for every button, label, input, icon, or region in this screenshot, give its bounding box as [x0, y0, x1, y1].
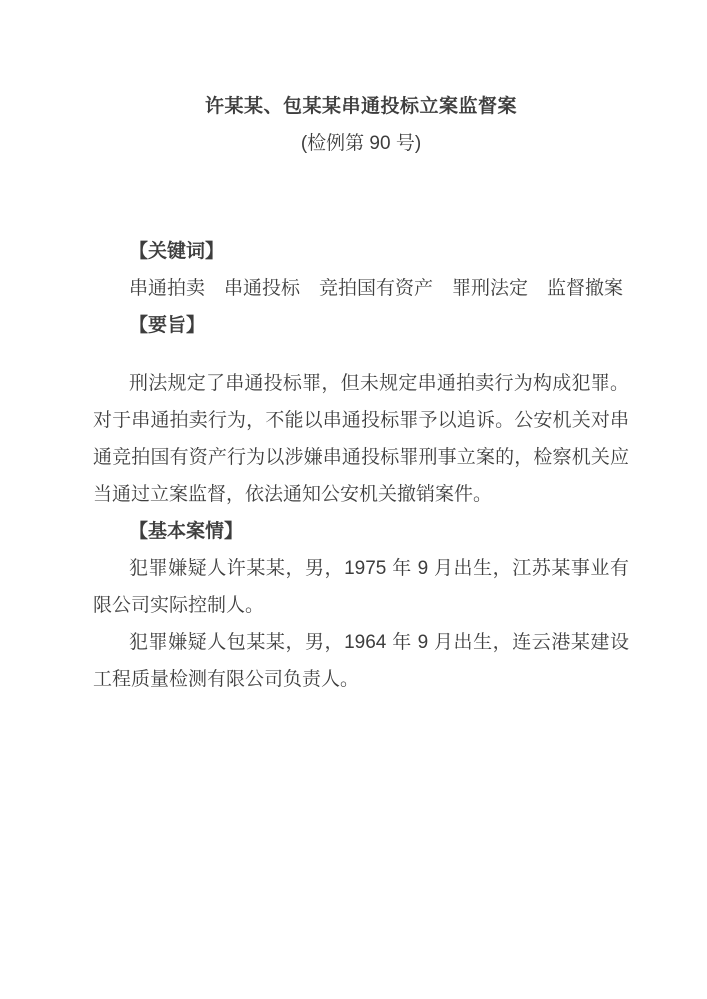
section-heading-gist: 【要旨】 [93, 307, 629, 344]
section-keywords: 【关键词】 串通拍卖 串通投标 竞拍国有资产 罪刑法定 监督撤案 [93, 233, 629, 307]
gist-paragraph: 刑法规定了串通投标罪，但未规定串通拍卖行为构成犯罪。对于串通拍卖行为，不能以串通… [93, 365, 629, 513]
section-heading-keywords: 【关键词】 [93, 233, 629, 270]
basic-facts-paragraph-suspect-bao: 犯罪嫌疑人包某某，男，1964 年 9 月出生，连云港某建设工程质量检测有限公司… [93, 624, 629, 698]
document-title: 许某某、包某某串通投标立案监督案 [93, 88, 629, 125]
case-number: (检例第 90 号) [93, 125, 629, 162]
document-page: 许某某、包某某串通投标立案监督案 (检例第 90 号) 【关键词】 串通拍卖 串… [0, 0, 707, 999]
keywords-list: 串通拍卖 串通投标 竞拍国有资产 罪刑法定 监督撤案 [93, 270, 629, 307]
section-basic-facts: 【基本案情】 犯罪嫌疑人许某某，男，1975 年 9 月出生，江苏某事业有限公司… [93, 513, 629, 698]
section-heading-basic-facts: 【基本案情】 [93, 513, 629, 550]
basic-facts-paragraph-suspect-xu: 犯罪嫌疑人许某某，男，1975 年 9 月出生，江苏某事业有限公司实际控制人。 [93, 550, 629, 624]
section-gist: 【要旨】 刑法规定了串通投标罪，但未规定串通拍卖行为构成犯罪。对于串通拍卖行为，… [93, 307, 629, 513]
